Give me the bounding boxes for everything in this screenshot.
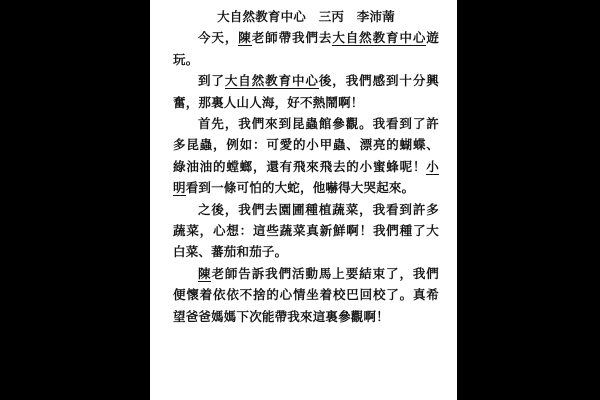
paragraph-text: 到了 xyxy=(198,73,225,88)
paragraph: 陳老師告訴我們活動馬上要結束了，我們便懷着依依不捨的心情坐着校巴回校了。真希望爸… xyxy=(173,263,439,327)
paragraph-text: 今天， xyxy=(198,30,238,45)
paragraph-text: 首先，我們來到昆蟲館參觀。我看到了許多昆蟲，例如：可愛的小甲蟲、漂亮的蝴蝶、綠油… xyxy=(173,116,439,174)
paragraph-text: 老師告訴我們活動馬上要結束了，我們便懷着依依不捨的心情坐着校巴回校了。真希望爸爸… xyxy=(173,266,439,324)
paragraph-text: 之後，我們去園圃種植蔬菜，我看到許多蔬菜，心想：這些蔬菜真新鮮啊！我們種了大白菜… xyxy=(173,202,439,260)
paragraph: 之後，我們去園圃種植蔬菜，我看到許多蔬菜，心想：這些蔬菜真新鮮啊！我們種了大白菜… xyxy=(173,199,439,263)
essay-page: 大自然教育中心 三丙 李沛萳 今天，陳老師帶我們去大自然教育中心遊玩。到了大自然… xyxy=(150,0,457,400)
proper-noun-underline: 大自然教育中心 xyxy=(332,30,426,46)
proper-noun-underline: 大自然教育中心 xyxy=(225,73,319,89)
paragraph: 首先，我們來到昆蟲館參觀。我看到了許多昆蟲，例如：可愛的小甲蟲、漂亮的蝴蝶、綠油… xyxy=(173,113,439,199)
paragraph-text: 老師帶我們去 xyxy=(252,30,333,45)
letterbox-right xyxy=(457,0,600,400)
essay-content: 大自然教育中心 三丙 李沛萳 今天，陳老師帶我們去大自然教育中心遊玩。到了大自然… xyxy=(150,0,457,327)
paragraph-text: 看到一條可怕的大蛇，他嚇得大哭起來。 xyxy=(186,180,415,195)
essay-title: 大自然教育中心 三丙 李沛萳 xyxy=(173,6,439,27)
essay-body: 今天，陳老師帶我們去大自然教育中心遊玩。到了大自然教育中心後，我們感到十分興奮，… xyxy=(173,27,439,327)
letterbox-left xyxy=(0,0,150,400)
proper-noun-underline: 陳 xyxy=(198,266,211,282)
paragraph: 今天，陳老師帶我們去大自然教育中心遊玩。 xyxy=(173,27,439,70)
paragraph: 到了大自然教育中心後，我們感到十分興奮，那裏人山人海，好不熱鬧啊！ xyxy=(173,70,439,113)
proper-noun-underline: 陳 xyxy=(238,30,251,46)
